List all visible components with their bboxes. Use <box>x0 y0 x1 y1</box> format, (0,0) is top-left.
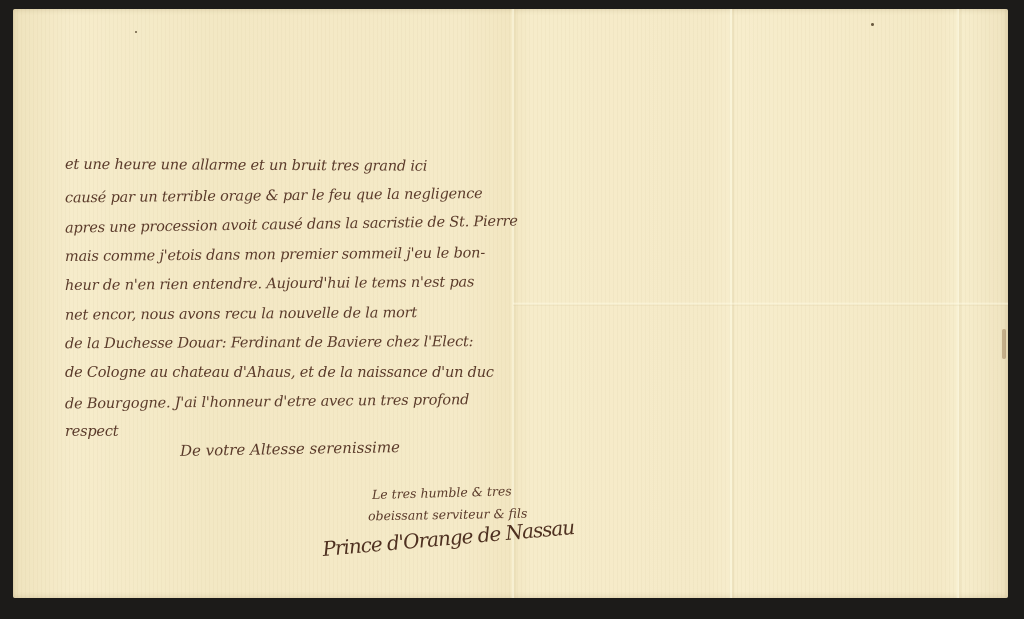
edge-stain <box>1002 329 1006 359</box>
ink-speck <box>135 31 137 33</box>
letter-line: de Cologne au chateau d'Ahaus, et de la … <box>65 359 525 389</box>
letter-line: heur de n'en rien entendre. Aujourd'hui … <box>65 268 525 302</box>
letter-line: net encor, nous avons recu la nouvelle d… <box>65 298 525 331</box>
ink-speck <box>871 23 874 26</box>
letter-line: et une heure une allarme et un bruit tre… <box>65 151 525 183</box>
salutation: De votre Altesse serenissime <box>180 438 400 460</box>
document-scan: et une heure une allarme et un bruit tre… <box>0 0 1024 619</box>
letter-line: de Bourgogne. J'ai l'honneur d'etre avec… <box>65 386 525 420</box>
horizontal-crease <box>513 302 1008 306</box>
letter-body: et une heure une allarme et un bruit tre… <box>65 152 525 447</box>
closing-formula: Le tres humble & tres obeissant serviteu… <box>368 482 527 526</box>
letter-line: mais comme j'etois dans mon premier somm… <box>65 238 525 272</box>
letter-line: de la Duchesse Douar: Ferdinant de Bavie… <box>65 328 525 360</box>
